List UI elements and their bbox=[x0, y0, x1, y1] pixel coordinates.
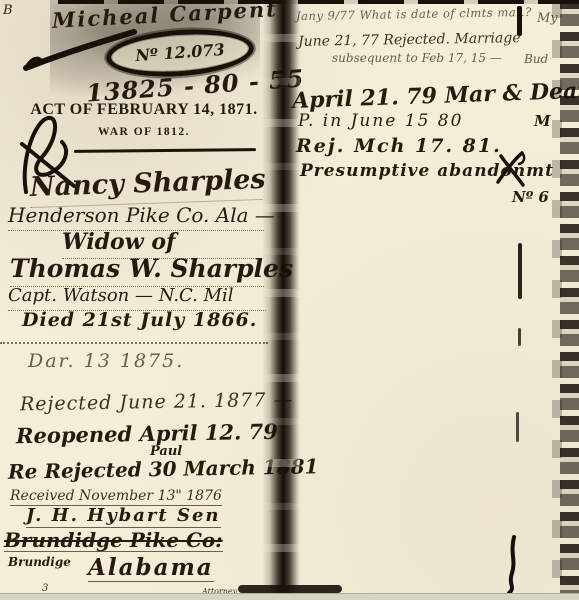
rejected-line: Rejected June 21. 1877 — bbox=[20, 391, 294, 415]
section-divider bbox=[0, 342, 268, 344]
rejection-initials: Bud bbox=[524, 53, 548, 65]
service-line: Capt. Watson — N.C. Mil bbox=[8, 287, 266, 311]
pension-document-scan: B Micheal Carpent Nº 12.073 13825 - 80 -… bbox=[0, 0, 579, 600]
check-x-mark bbox=[494, 150, 526, 188]
gutter-texture bbox=[262, 0, 300, 600]
corner-mark-top: B bbox=[3, 4, 13, 17]
agent-name: J. H. Hybart Sen bbox=[26, 507, 221, 528]
bottom-edge-strip bbox=[0, 593, 579, 600]
received-line: Received November 13" 1876 bbox=[10, 489, 222, 506]
stamp-number: Nº 12.073 bbox=[135, 42, 225, 64]
residence-line: Henderson Pike Co. Ala — bbox=[8, 205, 264, 231]
soldier-name: Thomas W. Sharples bbox=[10, 256, 264, 287]
dashed-rule-segment bbox=[518, 328, 521, 346]
reopened-line: Reopened April 12. 79 bbox=[16, 421, 278, 447]
rejection-note-line1: June 21, 77 Rejected. Marriage bbox=[298, 31, 521, 49]
rejection-note-line2: subsequent to Feb 17, 15 — bbox=[332, 52, 502, 64]
right-edge-band bbox=[560, 0, 579, 600]
rej-line: Rej. Mch 17. 81. bbox=[296, 137, 502, 156]
p-initials: M bbox=[534, 114, 551, 129]
p-line: P. in June 15 80 bbox=[298, 113, 463, 130]
death-line: Died 21st July 1866. bbox=[22, 311, 257, 330]
bottom-gutter-dash bbox=[238, 585, 342, 593]
agent-state: Alabama bbox=[88, 556, 214, 582]
dashed-rule-segment bbox=[518, 243, 522, 299]
agent-town: Brundidge Pike Co: bbox=[4, 530, 223, 552]
top-edge-line bbox=[58, 0, 579, 4]
dashed-rule-segment bbox=[516, 412, 519, 442]
agent-town-correction: Brundige bbox=[8, 556, 71, 568]
right-edge-fade bbox=[552, 0, 562, 600]
abandon-number: Nº 6 bbox=[512, 190, 549, 205]
filed-line: Dar. 13 1875. bbox=[28, 352, 184, 371]
ink-squiggle bbox=[499, 535, 521, 595]
